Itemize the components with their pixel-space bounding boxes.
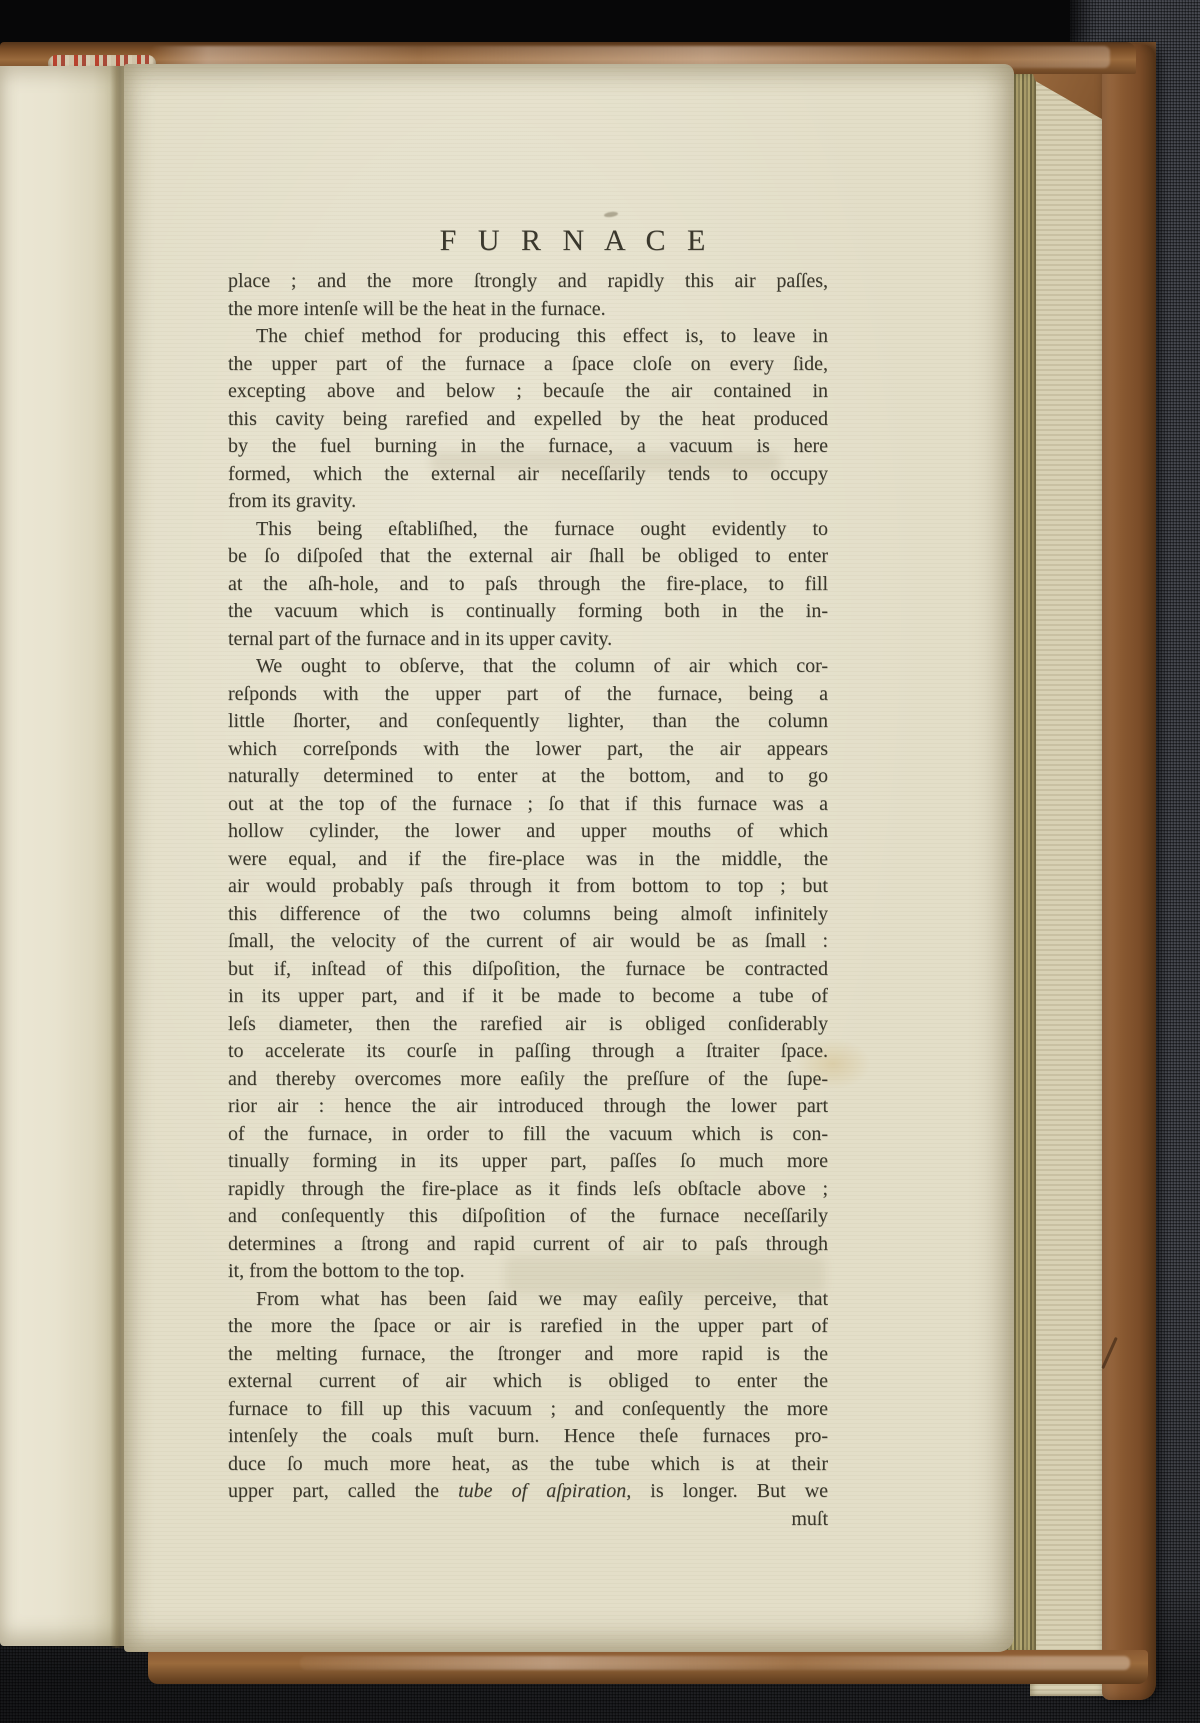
- body-line: the melting furnace, the ſtronger and mo…: [228, 1341, 828, 1369]
- body-line: ternal part of the furnace and in its up…: [228, 626, 828, 654]
- body-line: be ſo diſpoſed that the external air ſha…: [228, 543, 828, 571]
- body-line: were equal, and if the fire-place was in…: [228, 846, 828, 874]
- body-line: This being eſtabliſhed, the furnace ough…: [228, 516, 828, 544]
- body-line: this difference of the two columns being…: [228, 901, 828, 929]
- body-line: the vacuum which is continually forming …: [228, 598, 828, 626]
- catchword: muſt: [228, 1506, 828, 1534]
- body-line: determines a ſtrong and rapid current of…: [228, 1231, 828, 1259]
- body-line: furnace to fill up this vacuum ; and con…: [228, 1396, 828, 1424]
- left-page-fold: [0, 66, 124, 1646]
- body-line: to accelerate its courſe in paſſing thro…: [228, 1038, 828, 1066]
- italic-phrase: tube of aſpiration,: [458, 1480, 631, 1502]
- body-line: From what has been ſaid we may eaſily pe…: [228, 1286, 828, 1314]
- body-line: naturally determined to enter at the bot…: [228, 763, 828, 791]
- body-line: from its gravity.: [228, 488, 828, 516]
- body-line: external current of air which is obliged…: [228, 1368, 828, 1396]
- body-line: and thereby overcomes more eaſily the pr…: [228, 1066, 828, 1094]
- body-line-segment: is longer. But we: [631, 1480, 828, 1502]
- body-line: the more the ſpace or air is rarefied in…: [228, 1313, 828, 1341]
- body-line: duce ſo much more heat, as the tube whic…: [228, 1451, 828, 1479]
- body-line: upper part, called the tube of aſpiratio…: [228, 1478, 828, 1506]
- underlying-page-edge: [1030, 56, 1112, 1696]
- body-line: little ſhorter, and conſequently lighter…: [228, 708, 828, 736]
- body-line: and conſequently this diſpoſition of the…: [228, 1203, 828, 1231]
- body-line: by the fuel burning in the furnace, a va…: [228, 433, 828, 461]
- body-line: it, from the bottom to the top.: [228, 1258, 828, 1286]
- body-line: this cavity being rarefied and expelled …: [228, 406, 828, 434]
- body-line: out at the top of the furnace ; ſo that …: [228, 791, 828, 819]
- body-line: intenſely the coals muſt burn. Hence the…: [228, 1423, 828, 1451]
- body-line: hollow cylinder, the lower and upper mou…: [228, 818, 828, 846]
- body-line: reſponds with the upper part of the furn…: [228, 681, 828, 709]
- body-line: place ; and the more ſtrongly and rapidl…: [228, 268, 828, 296]
- body-line: rior air : hence the air introduced thro…: [228, 1093, 828, 1121]
- body-line: the upper part of the furnace a ſpace cl…: [228, 351, 828, 379]
- body-line: ſmall, the velocity of the current of ai…: [228, 928, 828, 956]
- body-line: rapidly through the fire-place as it fin…: [228, 1176, 828, 1204]
- body-line: of the furnace, in order to fill the vac…: [228, 1121, 828, 1149]
- body-line: in its upper part, and if it be made to …: [228, 983, 828, 1011]
- top-shadow: [0, 0, 1070, 48]
- body-line: air would probably paſs through it from …: [228, 873, 828, 901]
- body-line: but if, inſtead of this diſpoſition, the…: [228, 956, 828, 984]
- cover-right-edge: [1102, 44, 1156, 1700]
- body-line-segment: upper part, called the: [228, 1480, 458, 1502]
- body-line: leſs diameter, then the rarefied air is …: [228, 1011, 828, 1039]
- body-line: The chief method for producing this effe…: [228, 323, 828, 351]
- body-line: which correſponds with the lower part, t…: [228, 736, 828, 764]
- book-photo: F U R N A C E place ; and the more ſtron…: [0, 0, 1200, 1723]
- body-line: at the aſh-hole, and to paſs through the…: [228, 571, 828, 599]
- plastic-wrap-shine-bottom: [300, 1656, 1130, 1670]
- page-text: F U R N A C E place ; and the more ſtron…: [228, 224, 828, 1533]
- body-line: We ought to obſerve, that the column of …: [228, 653, 828, 681]
- body-line: formed, which the external air neceſſari…: [228, 461, 828, 489]
- body-line: tinually forming in its upper part, paſſ…: [228, 1148, 828, 1176]
- body-line: excepting above and below ; becauſe the …: [228, 378, 828, 406]
- page-title: F U R N A C E: [324, 224, 828, 258]
- body-line: the more intenſe will be the heat in the…: [228, 296, 828, 324]
